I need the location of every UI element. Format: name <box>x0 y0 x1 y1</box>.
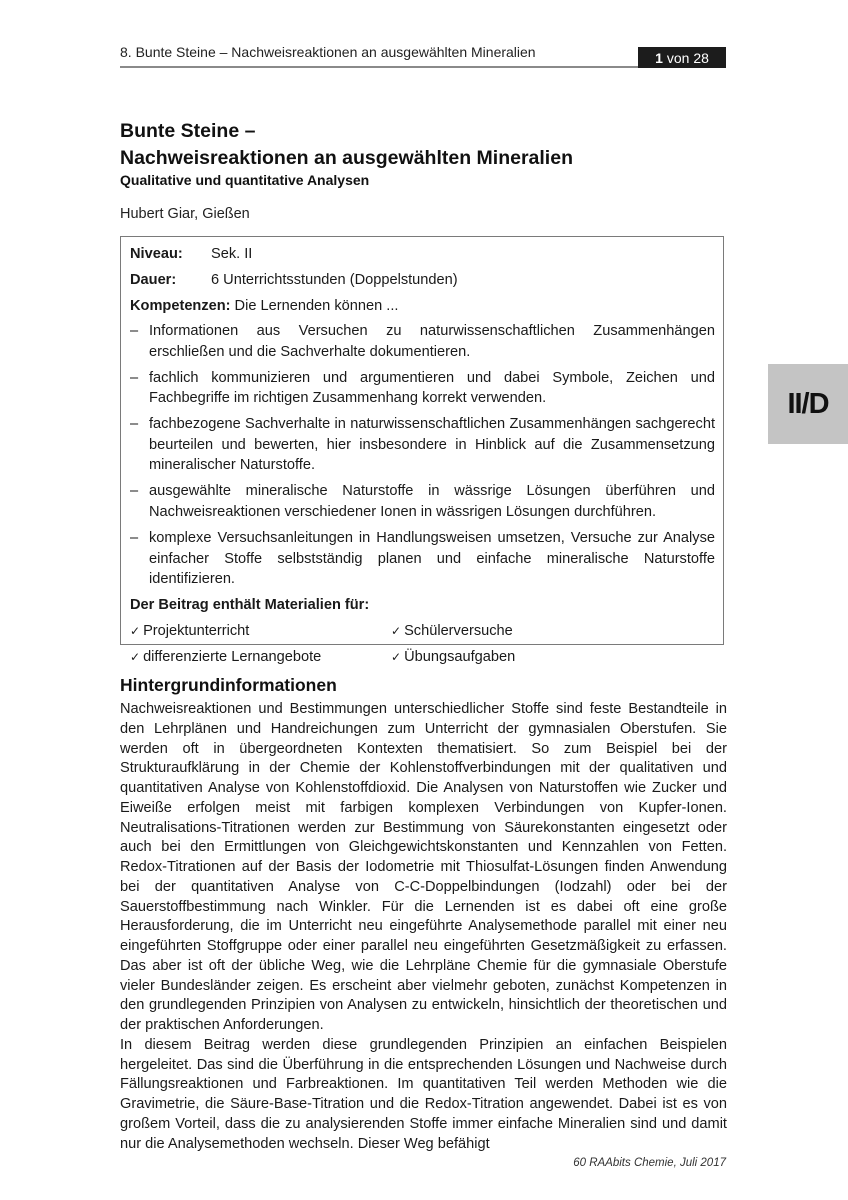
section-tab: II/D <box>768 364 848 444</box>
kompetenz-item: –Informationen aus Versuchen zu naturwis… <box>130 321 715 362</box>
material-item: ✓differenzierte Lernangebote <box>130 647 391 667</box>
kompetenzen-label: Kompetenzen: <box>130 293 231 319</box>
check-icon: ✓ <box>391 624 401 638</box>
paragraph: In diesem Beitrag werden diese grundlege… <box>120 1036 727 1155</box>
article-subtitle: Qualitative und quantitative Analysen <box>120 172 369 188</box>
kompetenzen-intro: Die Lernenden können ... <box>235 298 399 314</box>
material-item: ✓Übungsaufgaben <box>391 647 651 667</box>
kompetenz-item: –fachbezogene Sachverhalte in naturwisse… <box>130 414 715 476</box>
paragraph: Nachweisreaktionen und Bestimmungen unte… <box>120 700 727 1036</box>
kompetenzen-row: Kompetenzen:Die Lernenden können ... <box>130 293 715 319</box>
author: Hubert Giar, Gießen <box>120 206 250 222</box>
footer-citation: 60 RAAbits Chemie, Juli 2017 <box>540 1157 726 1169</box>
dash-bullet-icon: – <box>130 321 138 342</box>
title-line-2: Nachweisreaktionen an ausgewählten Miner… <box>120 145 740 172</box>
page-total: von 28 <box>667 50 709 66</box>
section-heading: Hintergrundinformationen <box>120 675 337 696</box>
article-title: Bunte Steine – Nachweisreaktionen an aus… <box>120 118 740 172</box>
materials-heading: Der Beitrag enthält Materialien für: <box>130 595 715 615</box>
dauer-row: Dauer:6 Unterrichtsstunden (Doppelstunde… <box>130 267 715 293</box>
material-item: ✓Schülerversuche <box>391 621 651 641</box>
title-line-1: Bunte Steine – <box>120 118 740 145</box>
page-number-badge: 1 von 28 <box>638 47 726 68</box>
materials-list: ✓Projektunterricht ✓Schülerversuche ✓dif… <box>130 621 715 667</box>
overview-box: Niveau:Sek. II Dauer:6 Unterrichtsstunde… <box>120 236 724 645</box>
niveau-label: Niveau: <box>130 241 211 267</box>
check-icon: ✓ <box>130 624 140 638</box>
running-title: 8. Bunte Steine – Nachweisreaktionen an … <box>120 44 536 60</box>
kompetenz-item: –fachlich kommunizieren und argumentiere… <box>130 368 715 409</box>
material-item: ✓Projektunterricht <box>130 621 391 641</box>
dash-bullet-icon: – <box>130 481 138 502</box>
dauer-value: 6 Unterrichtsstunden (Doppelstunden) <box>211 272 458 288</box>
check-icon: ✓ <box>391 650 401 664</box>
body-text: Nachweisreaktionen und Bestimmungen unte… <box>120 700 727 1154</box>
dash-bullet-icon: – <box>130 528 138 549</box>
kompetenz-item: –komplexe Versuchsanleitungen in Handlun… <box>130 528 715 590</box>
check-icon: ✓ <box>130 650 140 664</box>
niveau-value: Sek. II <box>211 246 252 262</box>
kompetenz-item: –ausgewählte mineralische Naturstoffe in… <box>130 481 715 522</box>
dash-bullet-icon: – <box>130 368 138 389</box>
dash-bullet-icon: – <box>130 414 138 435</box>
niveau-row: Niveau:Sek. II <box>130 241 715 267</box>
kompetenzen-list: –Informationen aus Versuchen zu naturwis… <box>130 321 715 590</box>
page-number: 1 <box>655 50 663 66</box>
dauer-label: Dauer: <box>130 267 211 293</box>
header-rule <box>120 66 726 68</box>
